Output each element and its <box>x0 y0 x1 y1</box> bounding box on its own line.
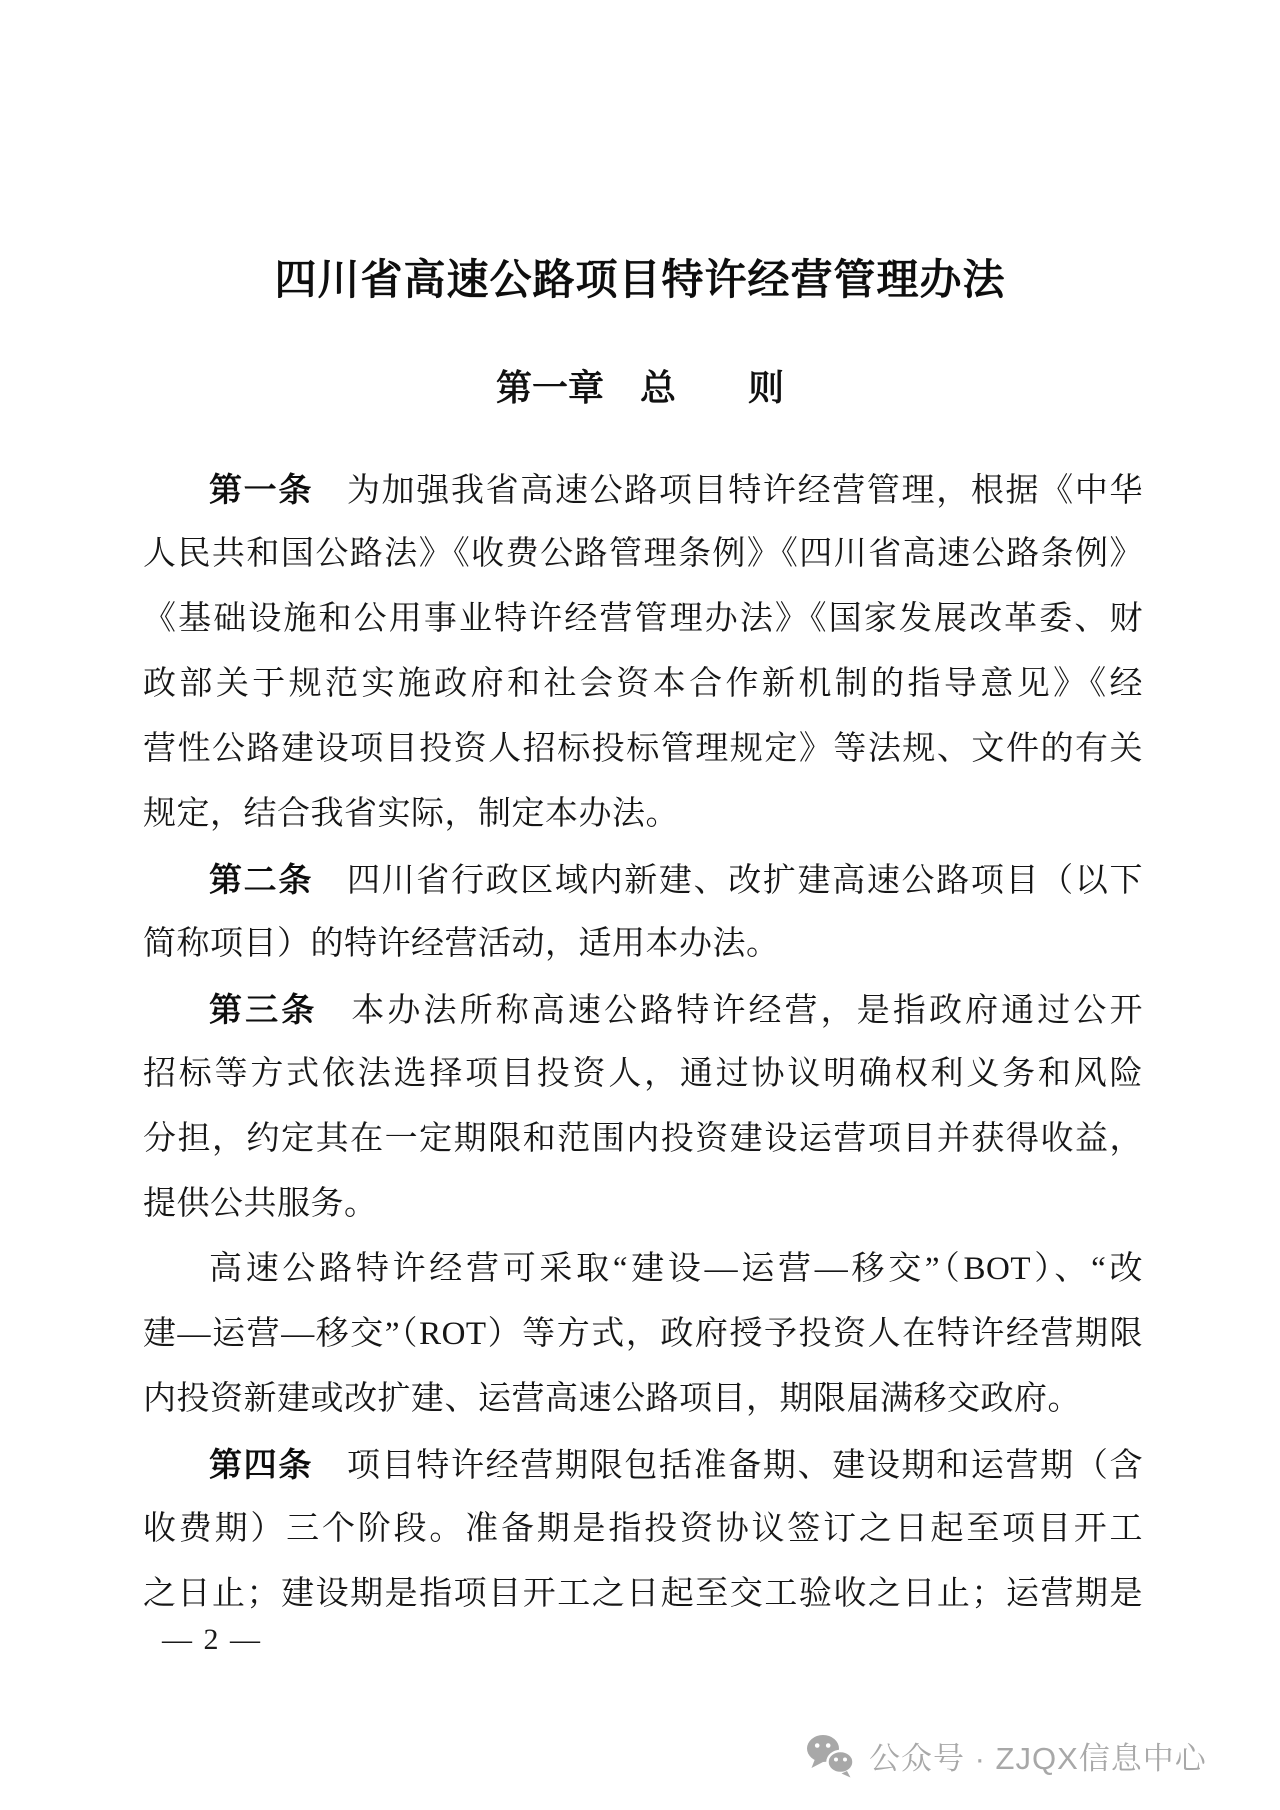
text-line: 收费期）三个阶段。准备期是指投资协议签订之日起至项目开工 <box>143 1497 1143 1562</box>
article-label: 第二条 <box>209 861 313 898</box>
text-line: 之日止；建设期是指项目开工之日起至交工验收之日止；运营期是 <box>143 1562 1143 1627</box>
text-line: 政部关于规范实施政府和社会资本合作新机制的指导意见》《经 <box>143 652 1143 717</box>
text-line: 招标等方式依法选择项目投资人，通过协议明确权利义务和风险 <box>143 1042 1143 1107</box>
watermark-text: 公众号 · ZJQX信息中心 <box>869 1733 1207 1778</box>
text-line: 第二条四川省行政区域内新建、改扩建高速公路项目（以下 <box>143 847 1143 912</box>
text-line: 高速公路特许经营可采取“建设—运营—移交”（BOT）、“改 <box>143 1237 1143 1302</box>
text-line: 建—运营—移交”（ROT）等方式，政府授予投资人在特许经营期限 <box>143 1302 1143 1367</box>
text-line: 第一条为加强我省高速公路项目特许经营管理，根据《中华 <box>143 457 1143 522</box>
article-label: 第三条 <box>209 991 317 1028</box>
text-line: 第四条项目特许经营期限包括准备期、建设期和运营期（含 <box>143 1432 1143 1497</box>
text-line: 《基础设施和公用事业特许经营管理办法》《国家发展改革委、财 <box>143 587 1143 652</box>
text-line: 规定，结合我省实际，制定本办法。 <box>143 782 1143 847</box>
chapter-heading: 第一章 总 则 <box>0 368 1280 408</box>
article-label: 第四条 <box>209 1446 313 1483</box>
text-line: 分担，约定其在一定期限和范围内投资建设运营项目并获得收益， <box>143 1107 1143 1172</box>
text-line: 第三条本办法所称高速公路特许经营，是指政府通过公开 <box>143 977 1143 1042</box>
watermark-footer: 公众号 · ZJQX信息中心 <box>804 1733 1207 1778</box>
text-line: 内投资新建或改扩建、运营高速公路项目，期限届满移交政府。 <box>143 1367 1143 1432</box>
text-line: 营性公路建设项目投资人招标投标管理规定》等法规、文件的有关 <box>143 717 1143 782</box>
wechat-icon <box>804 1733 856 1778</box>
text-line: 人民共和国公路法》《收费公路管理条例》《四川省高速公路条例》 <box>143 522 1143 587</box>
document-body: 第一条为加强我省高速公路项目特许经营管理，根据《中华人民共和国公路法》《收费公路… <box>143 457 1143 1627</box>
document-title: 四川省高速公路项目特许经营管理办法 <box>0 258 1280 304</box>
text-line: 简称项目）的特许经营活动，适用本办法。 <box>143 912 1143 977</box>
document-page: 四川省高速公路项目特许经营管理办法 第一章 总 则 第一条为加强我省高速公路项目… <box>0 0 1280 1810</box>
article-label: 第一条 <box>209 471 313 508</box>
text-line: 提供公共服务。 <box>143 1172 1143 1237</box>
page-number: — 2 — <box>162 1623 262 1657</box>
